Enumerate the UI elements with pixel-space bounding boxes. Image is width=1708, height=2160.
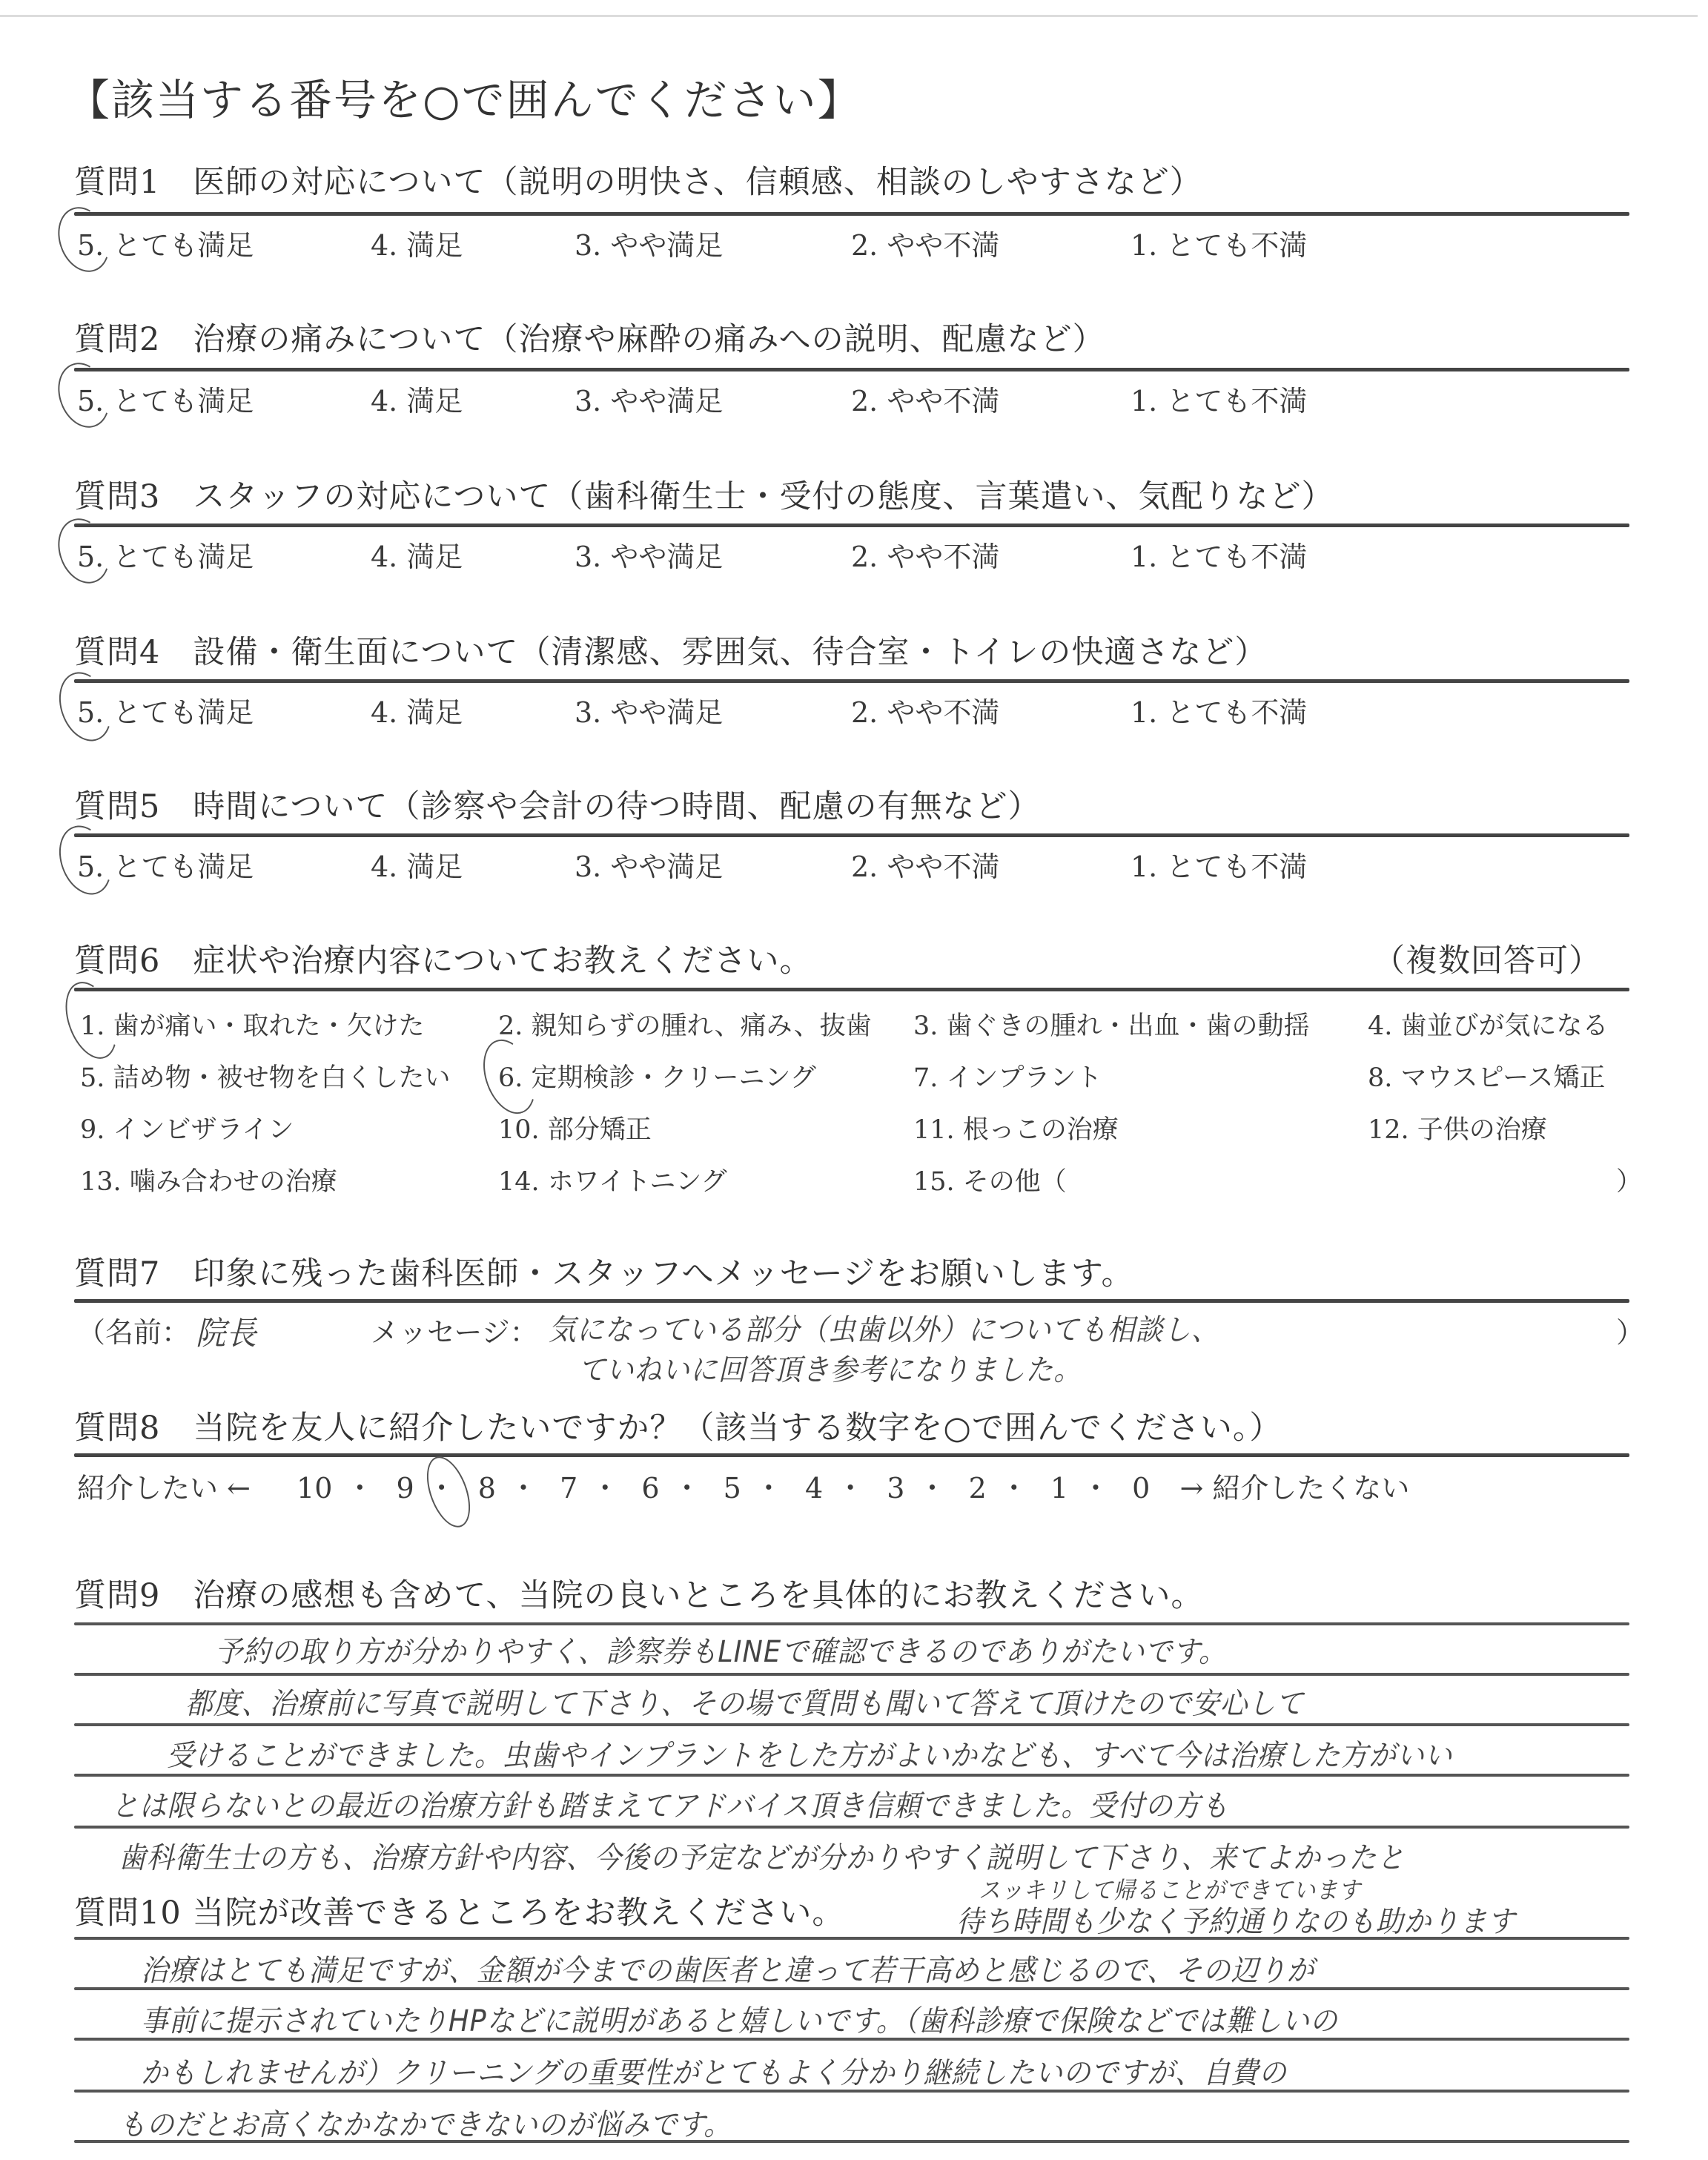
question-2-heading: 質問2 治療の痛みについて（治療や麻酔の痛みへの説明、配慮など）: [74, 314, 1105, 360]
q6-option-14[interactable]: 14. ホワイトニング: [498, 1161, 727, 1198]
question-1-rule: [74, 212, 1629, 216]
q6-option-3[interactable]: 3. 歯ぐきの腫れ・出血・歯の動揺: [913, 1005, 1310, 1043]
question-6-heading: 質問6 症状や治療内容についてお教えください。: [74, 936, 812, 981]
q8-value-9[interactable]: 9: [396, 1472, 414, 1505]
question-6-rule: [74, 988, 1629, 991]
q9-rule-0: [74, 1622, 1629, 1625]
q6-option-5[interactable]: 5. 詰め物・被せ物を白くしたい: [80, 1057, 451, 1094]
q8-dot: ・: [918, 1465, 946, 1506]
q1-option-3[interactable]: 3. やや満足: [575, 222, 723, 263]
q8-value-5[interactable]: 5: [724, 1472, 741, 1505]
q6-other-close-paren: ）: [1616, 1161, 1642, 1198]
q9-answer-line-2[interactable]: 都度、治療前に写真で説明して下さり、その場で質問も聞いて答えて頂けたので安心して: [185, 1680, 1304, 1723]
page-title: 【該当する番号を○で囲んでください】: [67, 65, 862, 128]
q4-option-2[interactable]: 2. やや不満: [851, 690, 999, 730]
q8-dot: ・: [755, 1465, 783, 1506]
q7-message-line-2[interactable]: ていねいに回答頂き参考になりました。: [578, 1347, 1082, 1389]
question-1-heading: 質問1 医師の対応について（説明の明快さ、信頼感、相談のしやすさなど）: [74, 157, 1202, 202]
q1-option-4[interactable]: 4. 満足: [371, 222, 463, 263]
q6-option-1[interactable]: 1. 歯が痛い・取れた・欠けた: [80, 1005, 425, 1043]
q9-rule-2: [74, 1723, 1629, 1726]
question-5-rule: [74, 833, 1629, 837]
q3-option-4[interactable]: 4. 満足: [371, 534, 463, 575]
q10-answer-line-1[interactable]: 治療はとても満足ですが、金額が今までの歯医者と違って若干高めと感じるので、その辺…: [141, 1947, 1315, 1989]
question-3-heading: 質問3 スタッフの対応について（歯科衛生士・受付の態度、言葉遣い、気配りなど）: [74, 472, 1334, 517]
q6-option-9[interactable]: 9. インビザライン: [80, 1109, 294, 1146]
q7-message-label: メッセージ：: [371, 1309, 538, 1350]
q1-option-2[interactable]: 2. やや不満: [851, 222, 999, 263]
q6-option-7[interactable]: 7. インプラント: [913, 1057, 1102, 1094]
question-6-multi-note: （複数回答可）: [1373, 936, 1601, 981]
q9-answer-line-4[interactable]: とは限らないとの最近の治療方針も踏まえてアドバイス頂き信頼できました。受付の方も: [111, 1783, 1229, 1825]
q6-selection-circle-6: [474, 1032, 545, 1121]
q5-option-4[interactable]: 4. 満足: [371, 844, 463, 885]
q10-answer-line-2[interactable]: 事前に提示されていたりHPなどに説明があると嬉しいです。（歯科診療で保険などでは…: [141, 1998, 1338, 2040]
q10-answer-line-4[interactable]: ものだとお高くなかなかできないのが悩みです。: [119, 2101, 732, 2144]
q8-scale-row: 紹介したい ← 10・ 9・ 8・ 7・ 6・ 5・ 4・ 3・ 2・ 1・ 0…: [77, 1465, 1409, 1506]
q2-option-4[interactable]: 4. 満足: [371, 378, 463, 419]
q8-dot: ・: [345, 1465, 374, 1506]
q4-option-4[interactable]: 4. 満足: [371, 690, 463, 730]
q6-option-6[interactable]: 6. 定期検診・クリーニング: [498, 1057, 816, 1094]
q4-option-1[interactable]: 1. とても不満: [1131, 690, 1307, 730]
q7-name-value[interactable]: 院長: [196, 1307, 257, 1354]
q8-value-7[interactable]: 7: [560, 1472, 577, 1505]
q6-option-10[interactable]: 10. 部分矯正: [498, 1109, 652, 1146]
q5-option-3[interactable]: 3. やや満足: [575, 844, 723, 885]
question-2-rule: [74, 368, 1629, 371]
question-4-rule: [74, 679, 1629, 683]
q8-dot: ・: [591, 1465, 619, 1506]
q8-value-6[interactable]: 6: [641, 1472, 659, 1505]
q8-left-label: 紹介したい ←: [77, 1465, 251, 1506]
q9-rule-4: [74, 1826, 1629, 1829]
q7-close-paren: ）: [1616, 1309, 1644, 1350]
q8-value-8[interactable]: 8: [478, 1472, 496, 1505]
question-7-rule: [74, 1299, 1629, 1303]
q6-other-input[interactable]: [986, 1186, 1601, 1188]
q8-dot: ・: [673, 1465, 701, 1506]
q10-rule-1: [74, 1987, 1629, 1990]
question-9-heading: 質問9 治療の感想も含めて、当院の良いところを具体的にお教えください。: [74, 1571, 1204, 1616]
q8-value-2[interactable]: 2: [969, 1472, 987, 1505]
q10-rule-0: [74, 1937, 1629, 1940]
q9-answer-line-5[interactable]: 歯科衛生士の方も、治療方針や内容、今後の予定などが分かりやすく説明して下さり、来…: [119, 1834, 1405, 1877]
question-8-heading: 質問8 当院を友人に紹介したいですか？（該当する数字を○で囲んでください。）: [74, 1403, 1282, 1448]
question-4-heading: 質問4 設備・衛生面について（清潔感、雰囲気、待合室・トイレの快適さなど）: [74, 627, 1267, 673]
q8-value-4[interactable]: 4: [805, 1472, 823, 1505]
q5-option-1[interactable]: 1. とても不満: [1131, 844, 1307, 885]
q8-right-label: → 紹介したくない: [1179, 1465, 1409, 1506]
question-10-heading: 質問10 当院が改善できるところをお教えください。: [74, 1888, 844, 1933]
q3-option-3[interactable]: 3. やや満足: [575, 534, 723, 575]
q6-option-4[interactable]: 4. 歯並びが気になる: [1368, 1005, 1609, 1043]
question-8-rule: [74, 1453, 1629, 1457]
q7-message-line-1[interactable]: 気になっている部分（虫歯以外）についても相談し、: [549, 1307, 1219, 1349]
q2-option-2[interactable]: 2. やや不満: [851, 378, 999, 419]
q8-dot: ・: [1082, 1465, 1110, 1506]
q8-dot: ・: [836, 1465, 864, 1506]
q10-rule-3: [74, 2090, 1629, 2093]
q4-option-3[interactable]: 3. やや満足: [575, 690, 723, 730]
q8-dot: ・: [509, 1465, 537, 1506]
q6-option-15[interactable]: 15. その他（: [913, 1161, 1067, 1198]
q1-option-1[interactable]: 1. とても不満: [1131, 222, 1307, 263]
q6-option-8[interactable]: 8. マウスピース矯正: [1368, 1057, 1605, 1094]
q9-answer-line-3[interactable]: 受けることができました。虫歯やインプラントをした方がよいかなども、すべて今は治療…: [167, 1732, 1452, 1774]
q6-option-2[interactable]: 2. 親知らずの腫れ、痛み、抜歯: [498, 1005, 872, 1043]
question-5-heading: 質問5 時間について（診察や会計の待つ時間、配慮の有無など）: [74, 782, 1041, 827]
q6-option-11[interactable]: 11. 根っこの治療: [913, 1109, 1119, 1146]
q10-rule-2: [74, 2038, 1629, 2041]
q3-option-1[interactable]: 1. とても不満: [1131, 534, 1307, 575]
q10-rule-4: [74, 2140, 1629, 2143]
q5-option-2[interactable]: 2. やや不満: [851, 844, 999, 885]
q9-rule-3: [74, 1774, 1629, 1777]
q7-name-label: （名前：: [77, 1309, 190, 1350]
q9-rule-1: [74, 1673, 1629, 1676]
q9-answer-overflow-line[interactable]: 待ち時間も少なく予約通りなのも助かります: [956, 1898, 1515, 1941]
q8-dot: ・: [1000, 1465, 1028, 1506]
q9-answer-line-1[interactable]: 予約の取り方が分かりやすく、診察券もLINEで確認できるのでありがたいです。: [215, 1628, 1227, 1671]
question-3-rule: [74, 524, 1629, 527]
q6-option-13[interactable]: 13. 噛み合わせの治療: [80, 1161, 337, 1198]
q8-value-10[interactable]: 10: [297, 1472, 332, 1505]
q4-selection-circle: [50, 665, 121, 749]
q8-value-3[interactable]: 3: [887, 1472, 904, 1505]
q5-selection-circle: [50, 819, 121, 902]
q8-value-0[interactable]: 0: [1132, 1472, 1150, 1505]
q10-answer-line-3[interactable]: かもしれませんが）クリーニングの重要性がとてもよく分かり継続したいのですが、自費…: [141, 2050, 1287, 2092]
question-7-heading: 質問7 印象に残った歯科医師・スタッフへメッセージをお願いします。: [74, 1249, 1133, 1294]
page-top-border: [0, 15, 1698, 17]
q6-option-12[interactable]: 12. 子供の治療: [1368, 1109, 1547, 1146]
q2-option-1[interactable]: 1. とても不満: [1131, 378, 1307, 419]
q3-option-2[interactable]: 2. やや不満: [851, 534, 999, 575]
q8-value-1[interactable]: 1: [1050, 1472, 1068, 1505]
q2-option-3[interactable]: 3. やや満足: [575, 378, 723, 419]
